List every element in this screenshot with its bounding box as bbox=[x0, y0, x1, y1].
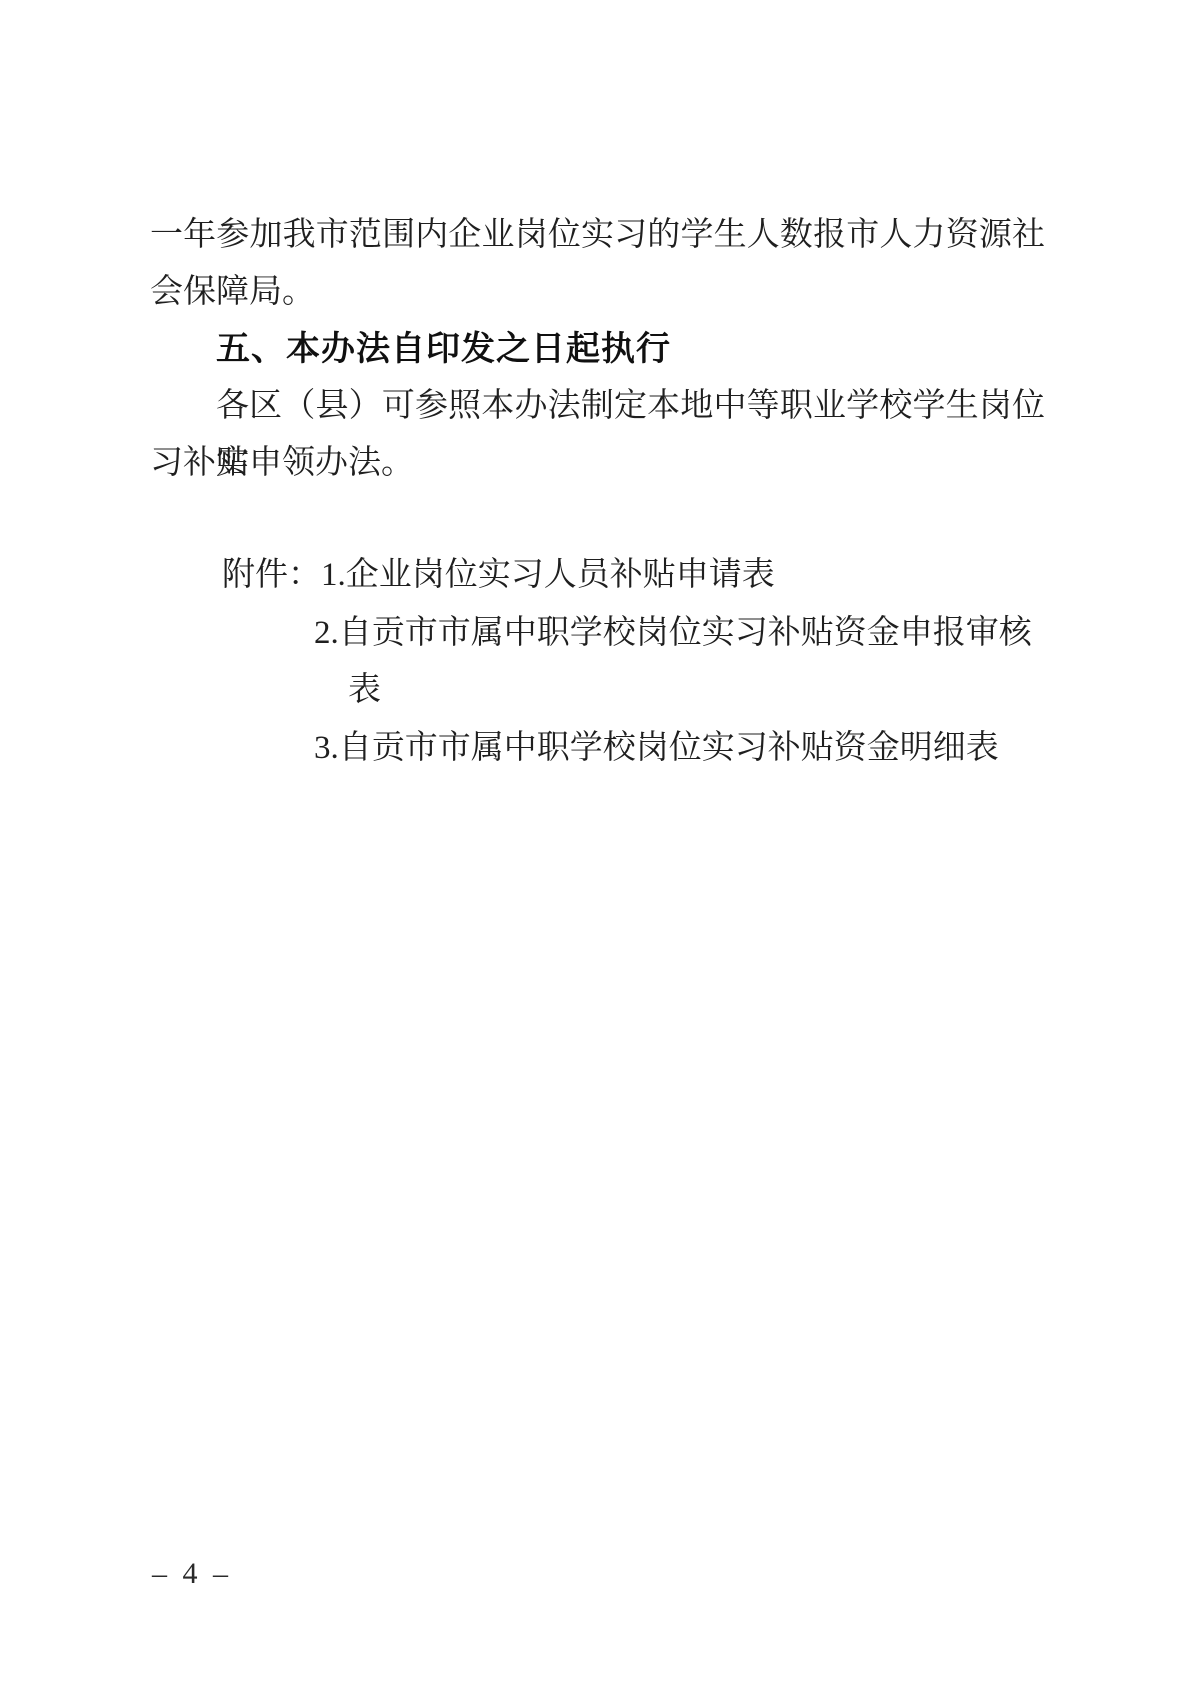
attachment-item-2-line-2: 表 bbox=[348, 662, 1032, 720]
page-number: – 4 – bbox=[152, 1556, 232, 1592]
section-heading: 五、本办法自印发之日起执行 bbox=[150, 321, 1045, 378]
document-body: 一年参加我市范围内企业岗位实习的学生人数报市人力资源社 会保障局。 五、本办法自… bbox=[150, 207, 1045, 492]
paragraph1-line2: 会保障局。 bbox=[150, 264, 1045, 321]
attachments-row-1: 附件：1.企业岗位实习人员补贴申请表 bbox=[222, 547, 1032, 605]
attachment-item-1: 1.企业岗位实习人员补贴申请表 bbox=[321, 547, 775, 605]
paragraph2-line1: 各区（县）可参照本办法制定本地中等职业学校学生岗位实 bbox=[150, 378, 1045, 435]
attachments-label: 附件： bbox=[222, 547, 321, 605]
attachment-item-2-line-1: 2.自贡市市属中职学校岗位实习补贴资金申报审核 bbox=[314, 605, 1032, 663]
attachments-section: 附件：1.企业岗位实习人员补贴申请表 2.自贡市市属中职学校岗位实习补贴资金申报… bbox=[222, 547, 1032, 777]
attachment-item-3: 3.自贡市市属中职学校岗位实习补贴资金明细表 bbox=[314, 720, 1032, 778]
paragraph2-line2: 习补贴申领办法。 bbox=[150, 435, 1045, 492]
paragraph1-line1: 一年参加我市范围内企业岗位实习的学生人数报市人力资源社 bbox=[150, 207, 1045, 264]
document-page: 一年参加我市范围内企业岗位实习的学生人数报市人力资源社 会保障局。 五、本办法自… bbox=[0, 0, 1191, 1684]
